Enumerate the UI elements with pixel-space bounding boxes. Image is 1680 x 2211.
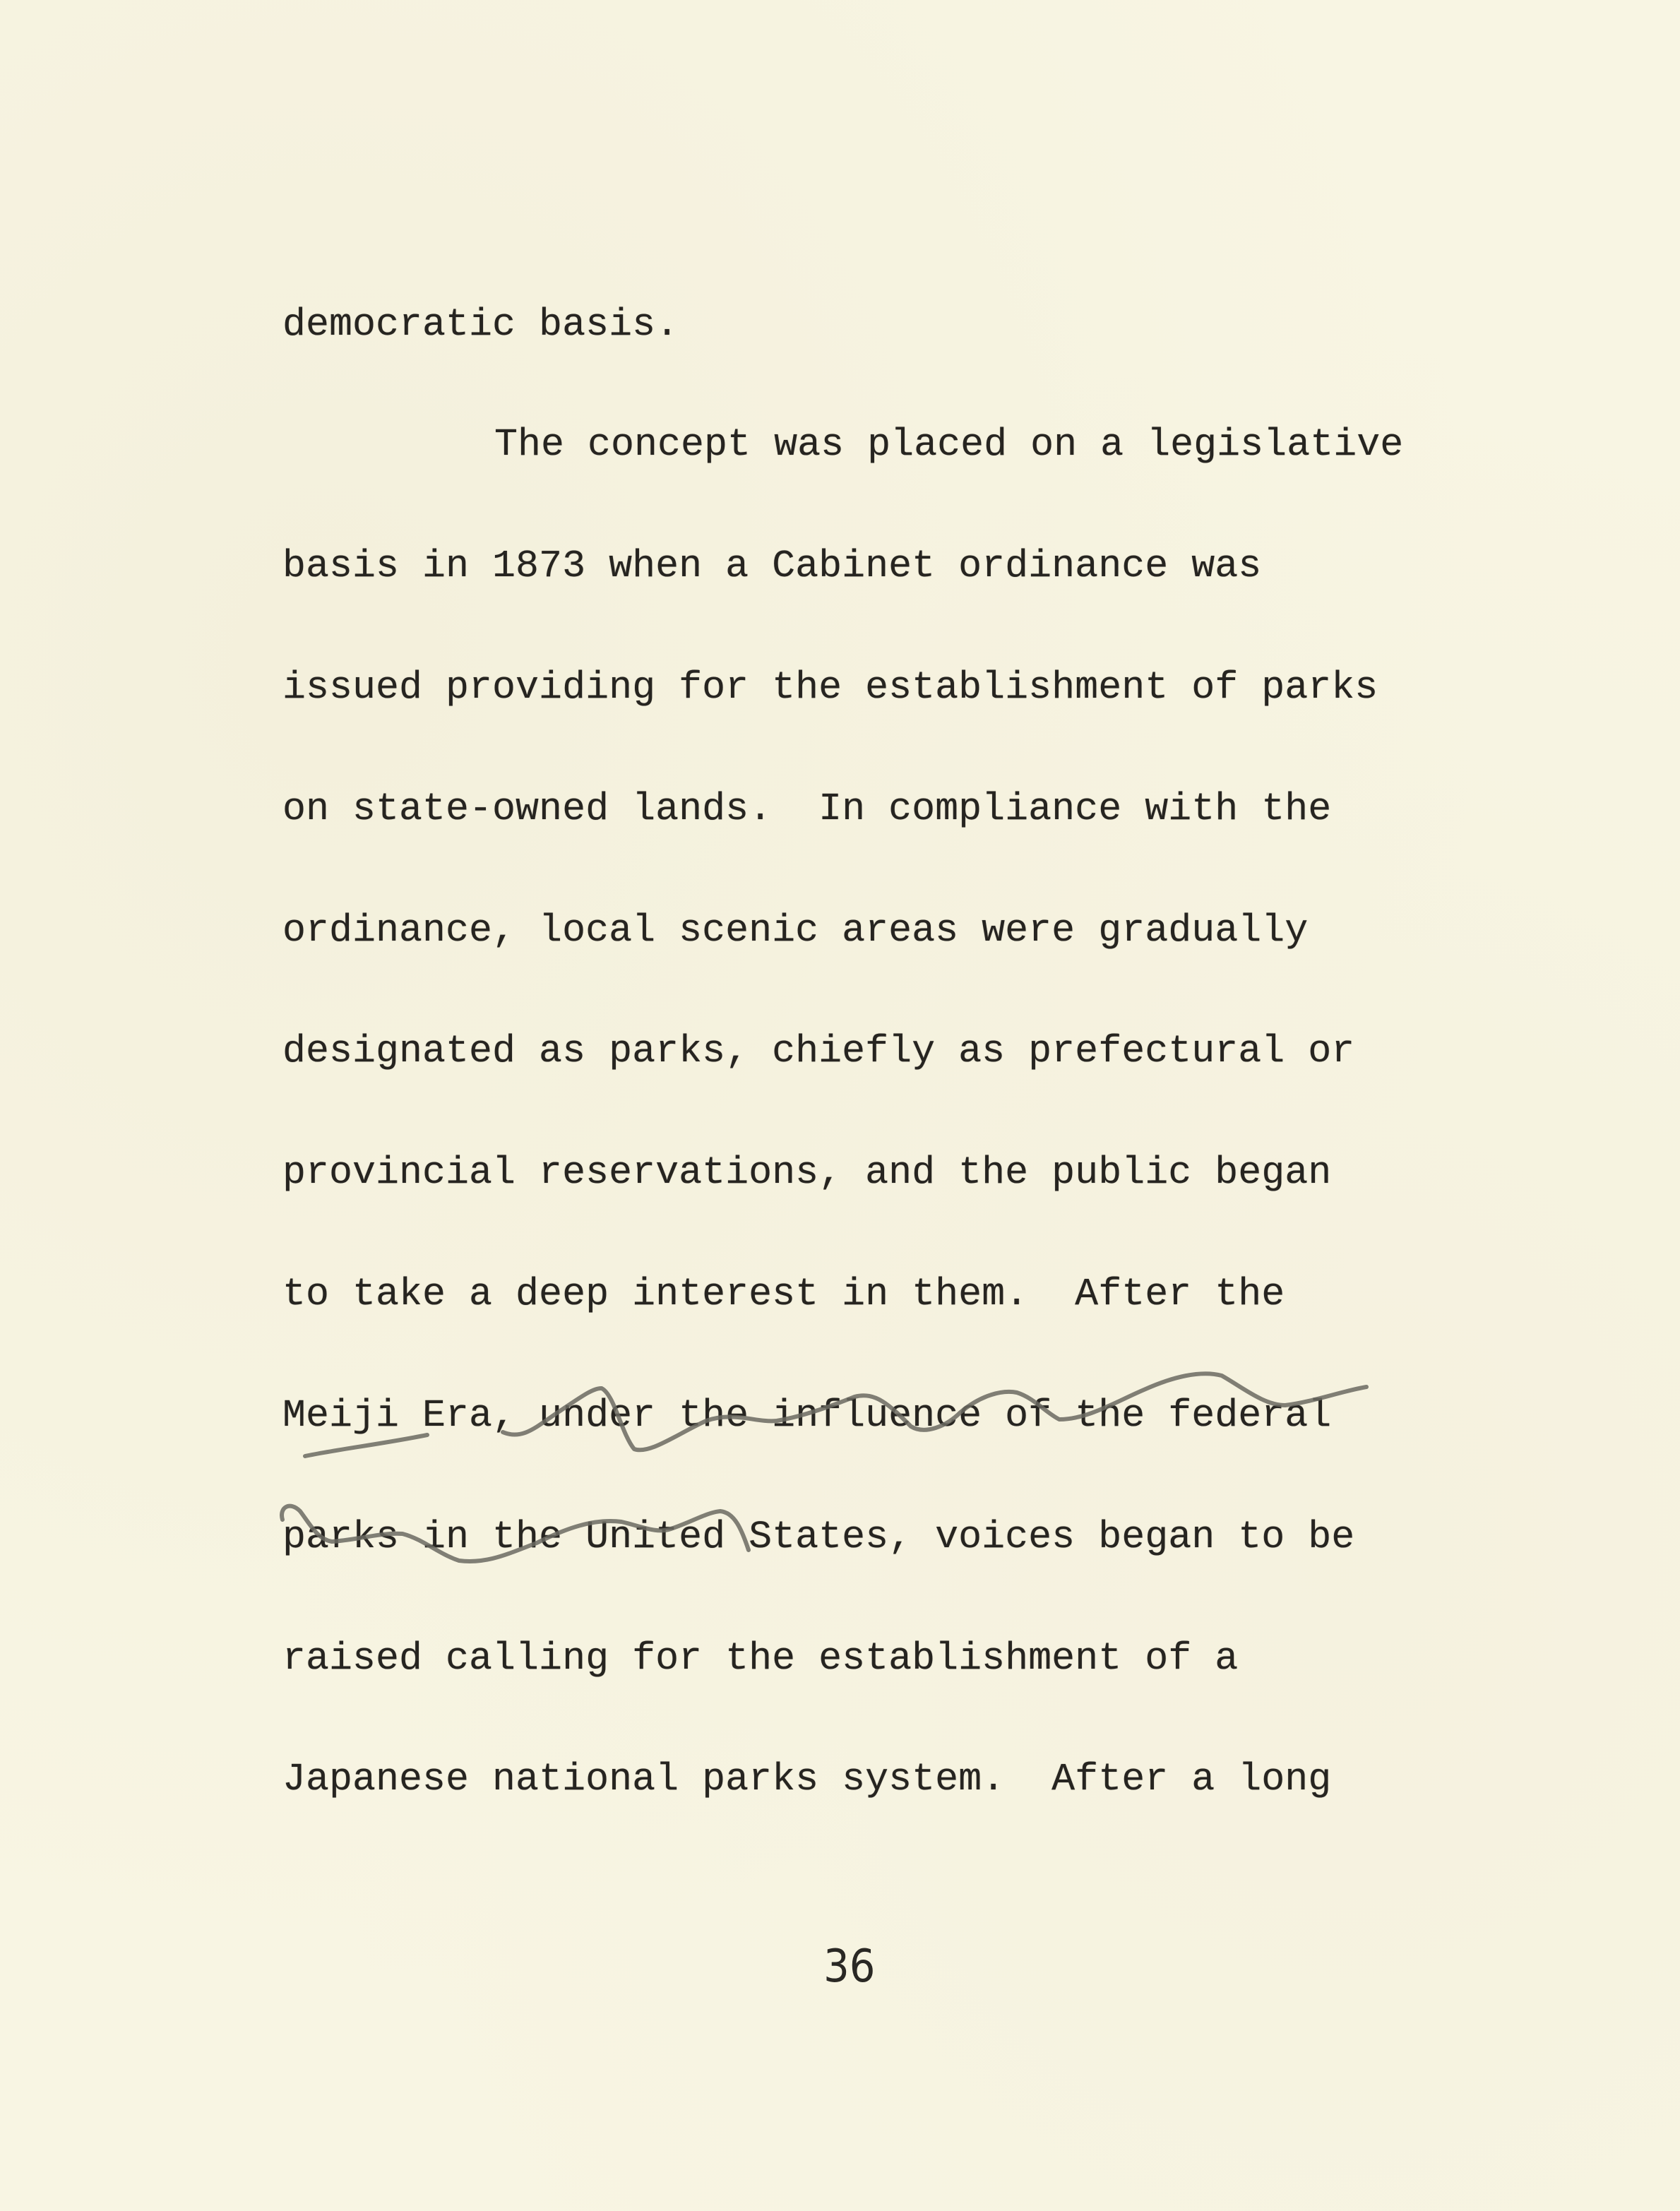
paper-background — [0, 0, 1680, 2211]
text-line: democratic basis. — [282, 305, 679, 344]
page-number: 36 — [823, 1941, 875, 1993]
text-line: to take a deep interest in them. After t… — [282, 1275, 1285, 1313]
text-line: ordinance, local scenic areas were gradu… — [282, 911, 1308, 950]
text-line: designated as parks, chiefly as prefectu… — [282, 1032, 1354, 1071]
text-line: on state-owned lands. In compliance with… — [282, 789, 1331, 828]
text-line: raised calling for the establishment of … — [282, 1639, 1238, 1678]
text-line: Japanese national parks system. After a … — [282, 1760, 1331, 1799]
text-line: provincial reservations, and the public … — [282, 1153, 1331, 1192]
text-line: issued providing for the establishment o… — [282, 668, 1378, 707]
text-line-struck: parks in the United States, voices began… — [282, 1518, 1354, 1556]
text-line-struck: Meiji Era, under the influence of the fe… — [282, 1396, 1331, 1435]
text-line: The concept was placed on a legislative — [494, 425, 1403, 464]
text-line: basis in 1873 when a Cabinet ordinance w… — [282, 547, 1261, 585]
